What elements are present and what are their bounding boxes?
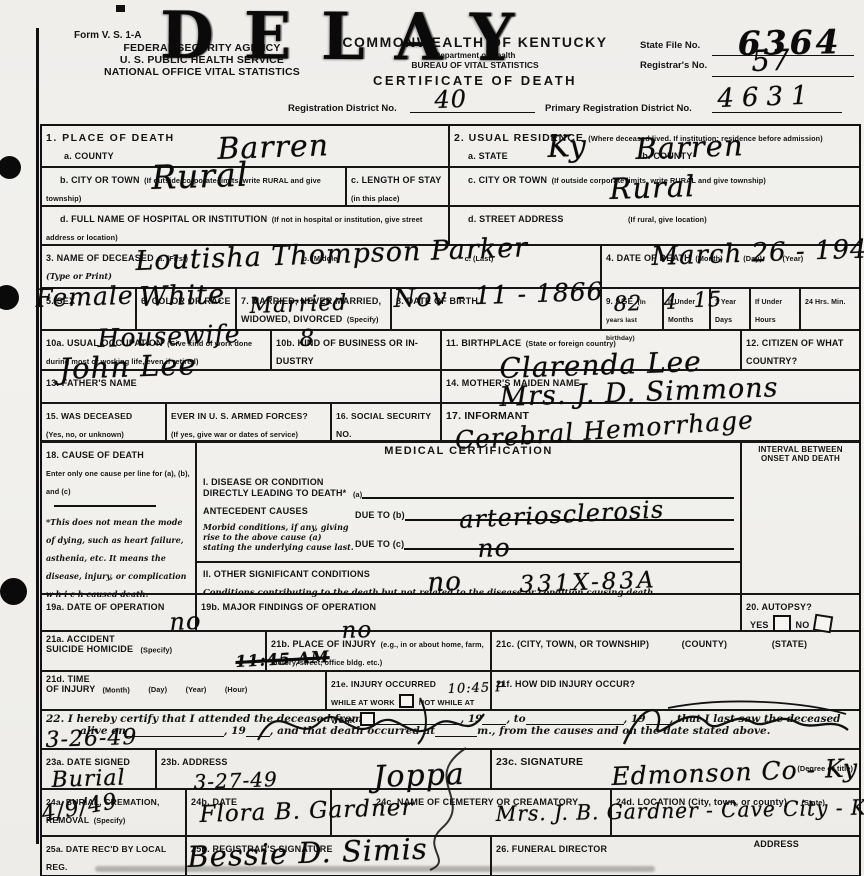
accident-cell: 21a. ACCIDENT SUICIDE HOMICIDE (Specify)	[42, 632, 267, 670]
ssn-cell: 16. SOCIAL SECURITY NO.	[332, 404, 442, 440]
cause-note1: Enter only one cause per line for (a), (…	[46, 469, 190, 496]
due-c-line: DUE TO (c)	[355, 539, 734, 549]
hw-findings-code: 331X-83A	[519, 567, 657, 598]
name-note: (Type or Print)	[46, 271, 112, 281]
hw-age-years: 82	[613, 291, 643, 316]
length-of-stay-cell: c. LENGTH OF STAY (in this place)	[347, 168, 450, 205]
birthplace-note: (State or foreign country)	[526, 339, 616, 348]
autopsy-no-checkbox	[813, 614, 833, 634]
was-deceased-label: 15. WAS DECEASED	[46, 411, 132, 421]
antecedent-note: Morbid conditions, if any, giving rise t…	[203, 522, 355, 552]
autopsy-cell: 20. AUTOPSY? YES NO	[742, 595, 859, 630]
hw-business: 8	[299, 325, 316, 352]
was-deceased-cell: 15. WAS DECEASED (Yes, no, or unknown)	[42, 404, 167, 440]
certify-seg: , to	[506, 713, 525, 725]
ssn-label: 16. SOCIAL SECURITY NO.	[336, 411, 431, 439]
hw-burial-date: 3-27-49	[193, 767, 278, 794]
pod-county-label: a. COUNTY	[64, 151, 114, 161]
delay-stamp: DELAY	[160, 0, 544, 76]
hole-punch	[0, 578, 27, 605]
hw-res-county: Barren	[635, 128, 744, 166]
injury-city-label: 21c. (CITY, TOWN, OR TOWNSHIP)	[496, 639, 649, 649]
place-of-death-title: 1. PLACE OF DEATH	[46, 132, 175, 144]
due-b-label: DUE TO (b)	[355, 510, 405, 520]
funeral-director-cell: 26. FUNERAL DIRECTOR ADDRESS	[492, 837, 859, 875]
date-of-operation-label: 19a. DATE OF OPERA­TION	[46, 602, 165, 612]
fd-address-label: ADDRESS	[754, 839, 799, 849]
hole-punch	[0, 156, 21, 179]
hw-race: White	[139, 279, 226, 313]
hw-marital: Married	[249, 291, 348, 319]
disease-fill-line	[362, 496, 734, 499]
antecedent-left: ANTECEDENT CAUSES Morbid conditions, if …	[203, 501, 355, 559]
interval-label: INTERVAL BETWEEN ONSET AND DEATH	[746, 445, 855, 463]
age-min-label: 24 Hrs. Min.	[805, 299, 846, 306]
disease-label: I. DISEASE OR CONDITION DIRECTLY LEADING…	[203, 477, 353, 499]
hw-res-state: Ky	[547, 129, 588, 165]
business-label: 10b. KIND OF BUSINESS OR IN­DUSTRY	[276, 338, 418, 366]
accident-label: 21a. ACCIDENT SUICIDE HOMICIDE	[46, 634, 136, 655]
business-cell: 10b. KIND OF BUSINESS OR IN­DUSTRY	[272, 331, 442, 369]
birthplace-label: 11. BIRTHPLACE	[446, 338, 521, 348]
physician-signature-scribble	[618, 694, 853, 752]
certify-blank	[126, 736, 224, 737]
stay-label: c. LENGTH OF STAY	[351, 175, 441, 185]
citizen-cell: 12. CITIZEN OF WHAT COUNTRY?	[742, 331, 859, 369]
signature-label: 23c. SIGNATURE	[496, 756, 583, 768]
left-edge-rule	[36, 28, 39, 844]
hw-date-signed: 3-26-49	[45, 725, 138, 753]
citizen-label: 12. CITIZEN OF WHAT COUNTRY?	[746, 338, 844, 366]
hospital-label: d. FULL NAME OF HOSPITAL OR INSTITUTION	[60, 214, 267, 224]
address-label: 23b. ADDRESS	[161, 757, 228, 767]
marital-note: (Specify)	[347, 315, 379, 324]
due-c-fill	[404, 547, 734, 550]
toi-hour: (Hour)	[225, 685, 247, 694]
divider	[54, 505, 156, 507]
armed-forces-cell: EVER IN U. S. ARMED FORCES? (If yes, giv…	[167, 404, 332, 440]
street-note: (If rural, give location)	[628, 215, 707, 224]
was-deceased-note: (Yes, no, or unknown)	[46, 430, 124, 439]
injury-city-cell: 21c. (CITY, TOWN, OR TOWNSHIP) (COUNTY) …	[492, 632, 859, 670]
age-hours-cell: If Under Hours	[751, 289, 801, 329]
certify-seg: , 19	[224, 725, 246, 737]
hw-other-conditions: no	[477, 533, 511, 563]
disease-line: I. DISEASE OR CONDITION DIRECTLY LEADING…	[197, 457, 740, 499]
date-received-label: 25a. DATE REC'D BY LOCAL REG.	[46, 844, 166, 872]
how-injury-label: 21f. HOW DID INJURY OCCUR?	[496, 679, 635, 689]
res-city-label: c. CITY OR TOWN	[468, 175, 547, 185]
hw-age-days: 15	[693, 287, 723, 312]
injury-state-label: (STATE)	[772, 639, 808, 649]
armed-forces-label: EVER IN U. S. ARMED FORCES?	[171, 411, 308, 421]
hw-pod-city: Rural	[151, 155, 249, 197]
hw-sex: Female	[35, 281, 134, 313]
hw-res-city: Rural	[609, 169, 696, 206]
injury-county-label: (COUNTY)	[682, 639, 728, 649]
major-findings-cell: 19b. MAJOR FINDINGS OF OPERATION	[197, 595, 742, 630]
age-min-cell: 24 Hrs. Min.	[801, 289, 859, 329]
hw-findings-no: no	[427, 567, 462, 598]
injury-occurred-label: 21e. INJURY OCCURRED	[331, 679, 436, 689]
autopsy-yes-checkbox	[773, 615, 791, 632]
street-label: d. STREET ADDRESS	[468, 214, 564, 224]
res-state-label: a. STATE	[468, 151, 508, 161]
hw-registrar-no: 57	[751, 43, 791, 78]
autopsy-label: 20. AUTOPSY?	[746, 602, 812, 612]
funeral-director-label: 26. FUNERAL DIRECTOR	[496, 844, 607, 854]
cause-label: 18. CAUSE OF DEATH	[46, 450, 144, 460]
state-file-label: State File No.	[640, 40, 700, 51]
autopsy-no-label: NO	[796, 620, 810, 630]
toi-day: (Day)	[148, 685, 167, 694]
age-hours-label: If Under Hours	[755, 299, 782, 324]
accident-note: (Specify)	[140, 645, 172, 654]
stay-note: (in this place)	[351, 194, 400, 203]
form-number: Form V. S. 1-A	[74, 30, 141, 41]
registrar-no-label: Registrar's No.	[640, 60, 707, 71]
cause-of-death-sidebar: 18. CAUSE OF DEATH Enter only one cause …	[42, 443, 197, 593]
major-findings-label: 19b. MAJOR FINDINGS OF OPERATION	[201, 602, 376, 612]
hole-punch	[0, 285, 19, 310]
hw-primary-reg-district: 4631	[717, 81, 816, 114]
due-c-label: DUE TO (c)	[355, 539, 404, 549]
hw-place-of-injury: no	[341, 617, 373, 644]
date-received-cell: 25a. DATE REC'D BY LOCAL REG.	[42, 837, 187, 875]
scan-mark	[116, 5, 125, 12]
disease-a-label: (a)	[353, 490, 362, 499]
armed-forces-note: (If yes, give war or dates of service)	[171, 430, 298, 439]
reg-district-line	[410, 112, 535, 113]
hw-accident: no	[169, 607, 202, 636]
pod-city-label: b. CITY OR TOWN	[60, 175, 140, 185]
hw-age-months: 4	[663, 290, 678, 314]
toi-year: (Year)	[186, 685, 207, 694]
interval-cell: INTERVAL BETWEEN ONSET AND DEATH	[742, 443, 859, 593]
hw-father-name: John Lee	[59, 347, 197, 386]
antecedent-title: ANTECEDENT CAUSES	[203, 506, 308, 516]
other-conditions-label: II. OTHER SIGNIFICANT CONDITIONS	[203, 569, 370, 579]
time-of-injury-label: 21d. TIME OF INJURY	[46, 674, 98, 695]
death-certificate-scan: DELAY Form V. S. 1-A FEDERAL SECURITY AG…	[0, 0, 864, 876]
toi-month: (Month)	[102, 685, 129, 694]
autopsy-yes-label: YES	[750, 620, 769, 630]
hw-reg-district: 40	[434, 85, 468, 114]
cause-note2: *This does not mean the mode of dying, s…	[46, 517, 186, 599]
reg-district-label: Registration District No.	[288, 103, 397, 114]
primary-reg-label: Primary Registration District No.	[545, 103, 692, 114]
